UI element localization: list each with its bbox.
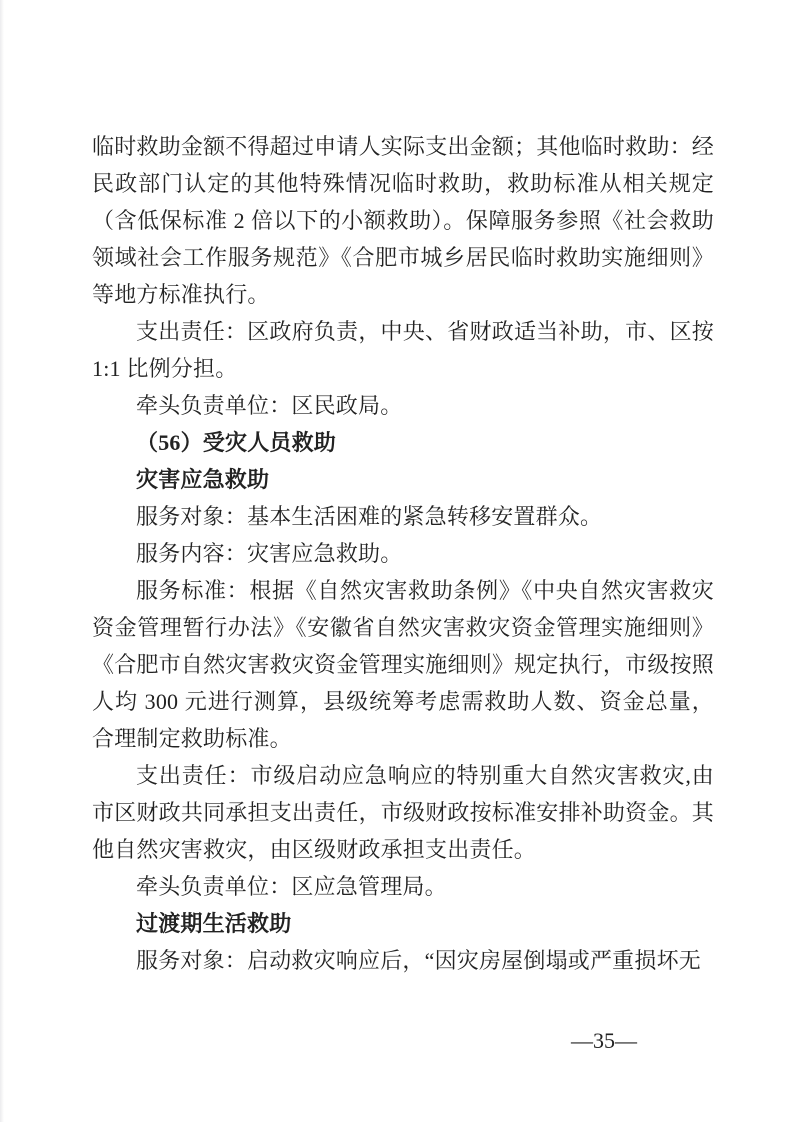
paragraph-service-content: 服务内容：灾害应急救助。: [92, 535, 714, 572]
subheading-transition-period-relief: 过渡期生活救助: [92, 905, 714, 942]
section-heading-56: （56）受灾人员救助: [92, 424, 714, 461]
heading-text: 过渡期生活救助: [136, 911, 291, 936]
paragraph-label: 牵头负责单位：: [136, 874, 291, 899]
paragraph-label: 服务内容：: [136, 541, 247, 566]
heading-text: （56）受灾人员救助: [136, 430, 336, 455]
document-text-block: 临时救助金额不得超过申请人实际支出金额；其他临时救助：经民政部门认定的其他特殊情…: [92, 128, 714, 979]
paragraph-text: 根据《自然灾害救助条例》《中央自然灾害救灾资金管理暂行办法》《安徽省自然灾害救灾…: [92, 578, 714, 751]
subheading-disaster-emergency-relief: 灾害应急救助: [92, 461, 714, 498]
paragraph-expense-responsibility: 支出责任：市级启动应急响应的特别重大自然灾害救灾,由市区财政共同承担支出责任，市…: [92, 757, 714, 868]
paragraph-lead-unit: 牵头负责单位：区民政局。: [92, 387, 714, 424]
paragraph-text: 区应急管理局。: [291, 874, 446, 899]
paragraph-text: 区民政局。: [291, 393, 402, 418]
paragraph-service-target: 服务对象：基本生活困难的紧急转移安置群众。: [92, 498, 714, 535]
paragraph-expense-responsibility: 支出责任：区政府负责，中央、省财政适当补助，市、区按 1:1 比例分担。: [92, 313, 714, 387]
paragraph-text: 启动救灾响应后，“因灾房屋倒塌或严重损坏无: [247, 948, 701, 973]
page-number: —35—: [571, 1026, 637, 1056]
heading-text: 灾害应急救助: [136, 467, 269, 492]
document-page: 临时救助金额不得超过申请人实际支出金额；其他临时救助：经民政部门认定的其他特殊情…: [0, 0, 793, 1122]
scan-edge-artifact: [0, 0, 4, 1122]
paragraph-text: 基本生活困难的紧急转移安置群众。: [247, 504, 602, 529]
paragraph-lead-unit: 牵头负责单位：区应急管理局。: [92, 868, 714, 905]
paragraph-continuation: 临时救助金额不得超过申请人实际支出金额；其他临时救助：经民政部门认定的其他特殊情…: [92, 128, 714, 313]
paragraph-label: 服务标准：: [136, 578, 249, 603]
paragraph-text: 灾害应急救助。: [247, 541, 402, 566]
paragraph-label: 支出责任：: [136, 763, 250, 788]
paragraph-service-target: 服务对象：启动救灾响应后，“因灾房屋倒塌或严重损坏无: [92, 942, 714, 979]
paragraph-label: 支出责任：: [136, 319, 247, 344]
paragraph-service-standard: 服务标准：根据《自然灾害救助条例》《中央自然灾害救灾资金管理暂行办法》《安徽省自…: [92, 572, 714, 757]
paragraph-label: 服务对象：: [136, 948, 247, 973]
paragraph-label: 服务对象：: [136, 504, 247, 529]
paragraph-label: 牵头负责单位：: [136, 393, 291, 418]
paragraph-text: 临时救助金额不得超过申请人实际支出金额；其他临时救助：经民政部门认定的其他特殊情…: [92, 134, 714, 307]
